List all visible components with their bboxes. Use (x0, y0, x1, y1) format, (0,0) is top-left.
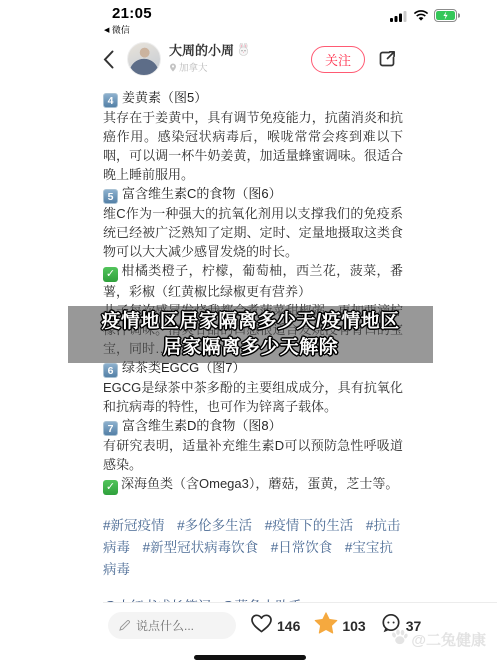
rabbit-emoji-icon (237, 43, 250, 60)
location-pin-icon (169, 63, 177, 76)
back-triangle-icon: ◀ (104, 27, 109, 34)
caption-overlay-banner: 疫情地区居家隔离多少天/疫情地区 居家隔离多少天解除 (68, 306, 433, 363)
star-icon (314, 612, 338, 639)
collect-button[interactable]: 103 (314, 612, 365, 639)
keycap-6-icon: 6 (103, 363, 118, 378)
hashtag[interactable]: #多伦多生活 (177, 518, 252, 533)
green-check-icon: ✓ (103, 267, 118, 282)
cellular-signal-icon (390, 9, 408, 27)
bottom-bar: 146 103 37 @二兔健康 (0, 602, 500, 666)
nav-bar: 大周的小周 加拿大 关注 (103, 38, 397, 80)
user-location: 加拿大 (169, 63, 250, 76)
caption-title: 疫情地区居家隔离多少天/疫情地区 居家隔离多少天解除 (101, 309, 399, 361)
hashtag[interactable]: #疫情下的生活 (265, 518, 354, 533)
section-text: 其存在于姜黄中，具有调节免疫能力，抗菌消炎和抗癌作用。感染冠状病毒后，喉咙常常会… (103, 108, 403, 184)
keycap-5-icon: 5 (103, 189, 118, 204)
clock: 21:05 (112, 5, 152, 22)
app-screen: 21:05 ◀ 微信 大周的小周 (0, 0, 500, 666)
post-body: 4姜黄素（图5） 其存在于姜黄中，具有调节免疫能力，抗菌消炎和抗癌作用。感染冠状… (103, 80, 403, 616)
check-list-line: ✓柑橘类橙子，柠檬，葡萄柚，西兰花，菠菜，番薯，彩椒（红黄椒比绿椒更有营养） (103, 261, 403, 301)
home-indicator[interactable] (194, 655, 306, 660)
back-to-wechat-link[interactable]: ◀ 微信 (104, 23, 130, 36)
keycap-7-icon: 7 (103, 421, 118, 436)
section-heading: 4姜黄素（图5） (103, 88, 403, 108)
battery-charging-icon (434, 9, 460, 27)
green-check-icon: ✓ (103, 480, 118, 495)
like-button[interactable]: 146 (250, 613, 300, 639)
watermark: @二兔健康 (390, 628, 486, 650)
status-bar: 21:05 ◀ 微信 (0, 0, 500, 36)
pencil-icon (118, 619, 131, 637)
obscured-paragraph-wrap: 儿子每次感冒发烧我都会煮菠菜甜椒粥，再加两滴柠檬汁调味。清爽甘甜的口感很适合发烧… (103, 301, 403, 358)
hashtag-list: #新冠疫情 #多伦多生活 #疫情下的生活 #抗击病毒 #新型冠状病毒饮食 #日常… (103, 515, 403, 581)
back-button[interactable] (103, 48, 119, 70)
username[interactable]: 大周的小周 (169, 43, 250, 60)
like-count: 146 (277, 618, 300, 634)
section-heading: 7富含维生素D的食物（图8） (103, 416, 403, 436)
section-text: 有研究表明，适量补充维生素D可以预防急性呼吸道感染。 (103, 436, 403, 474)
heart-icon (250, 613, 273, 639)
share-icon[interactable] (377, 49, 397, 69)
hashtag[interactable]: #新型冠状病毒饮食 (143, 540, 259, 555)
section-text: 维C作为一种强大的抗氧化剂用以支撑我们的免疫系统已经被广泛熟知了定期、定时、定量… (103, 204, 403, 261)
hashtag[interactable]: #新冠疫情 (103, 518, 165, 533)
keycap-4-icon: 4 (103, 93, 118, 108)
follow-button[interactable]: 关注 (311, 46, 365, 73)
wifi-icon (413, 9, 429, 27)
divider (103, 602, 497, 603)
check-list-line: ✓深海鱼类（含Omega3），蘑菇，蛋黄，芝士等。 (103, 474, 403, 495)
section-heading: 5富含维生素C的食物（图6） (103, 184, 403, 204)
avatar[interactable] (127, 42, 161, 76)
collect-count: 103 (342, 618, 365, 634)
paw-icon (390, 628, 409, 650)
section-text: EGCG是绿茶中茶多酚的主要组成成分，具有抗氧化和抗病毒的特性，也可作为锌离子载… (103, 378, 403, 416)
hashtag[interactable]: #日常饮食 (271, 540, 333, 555)
